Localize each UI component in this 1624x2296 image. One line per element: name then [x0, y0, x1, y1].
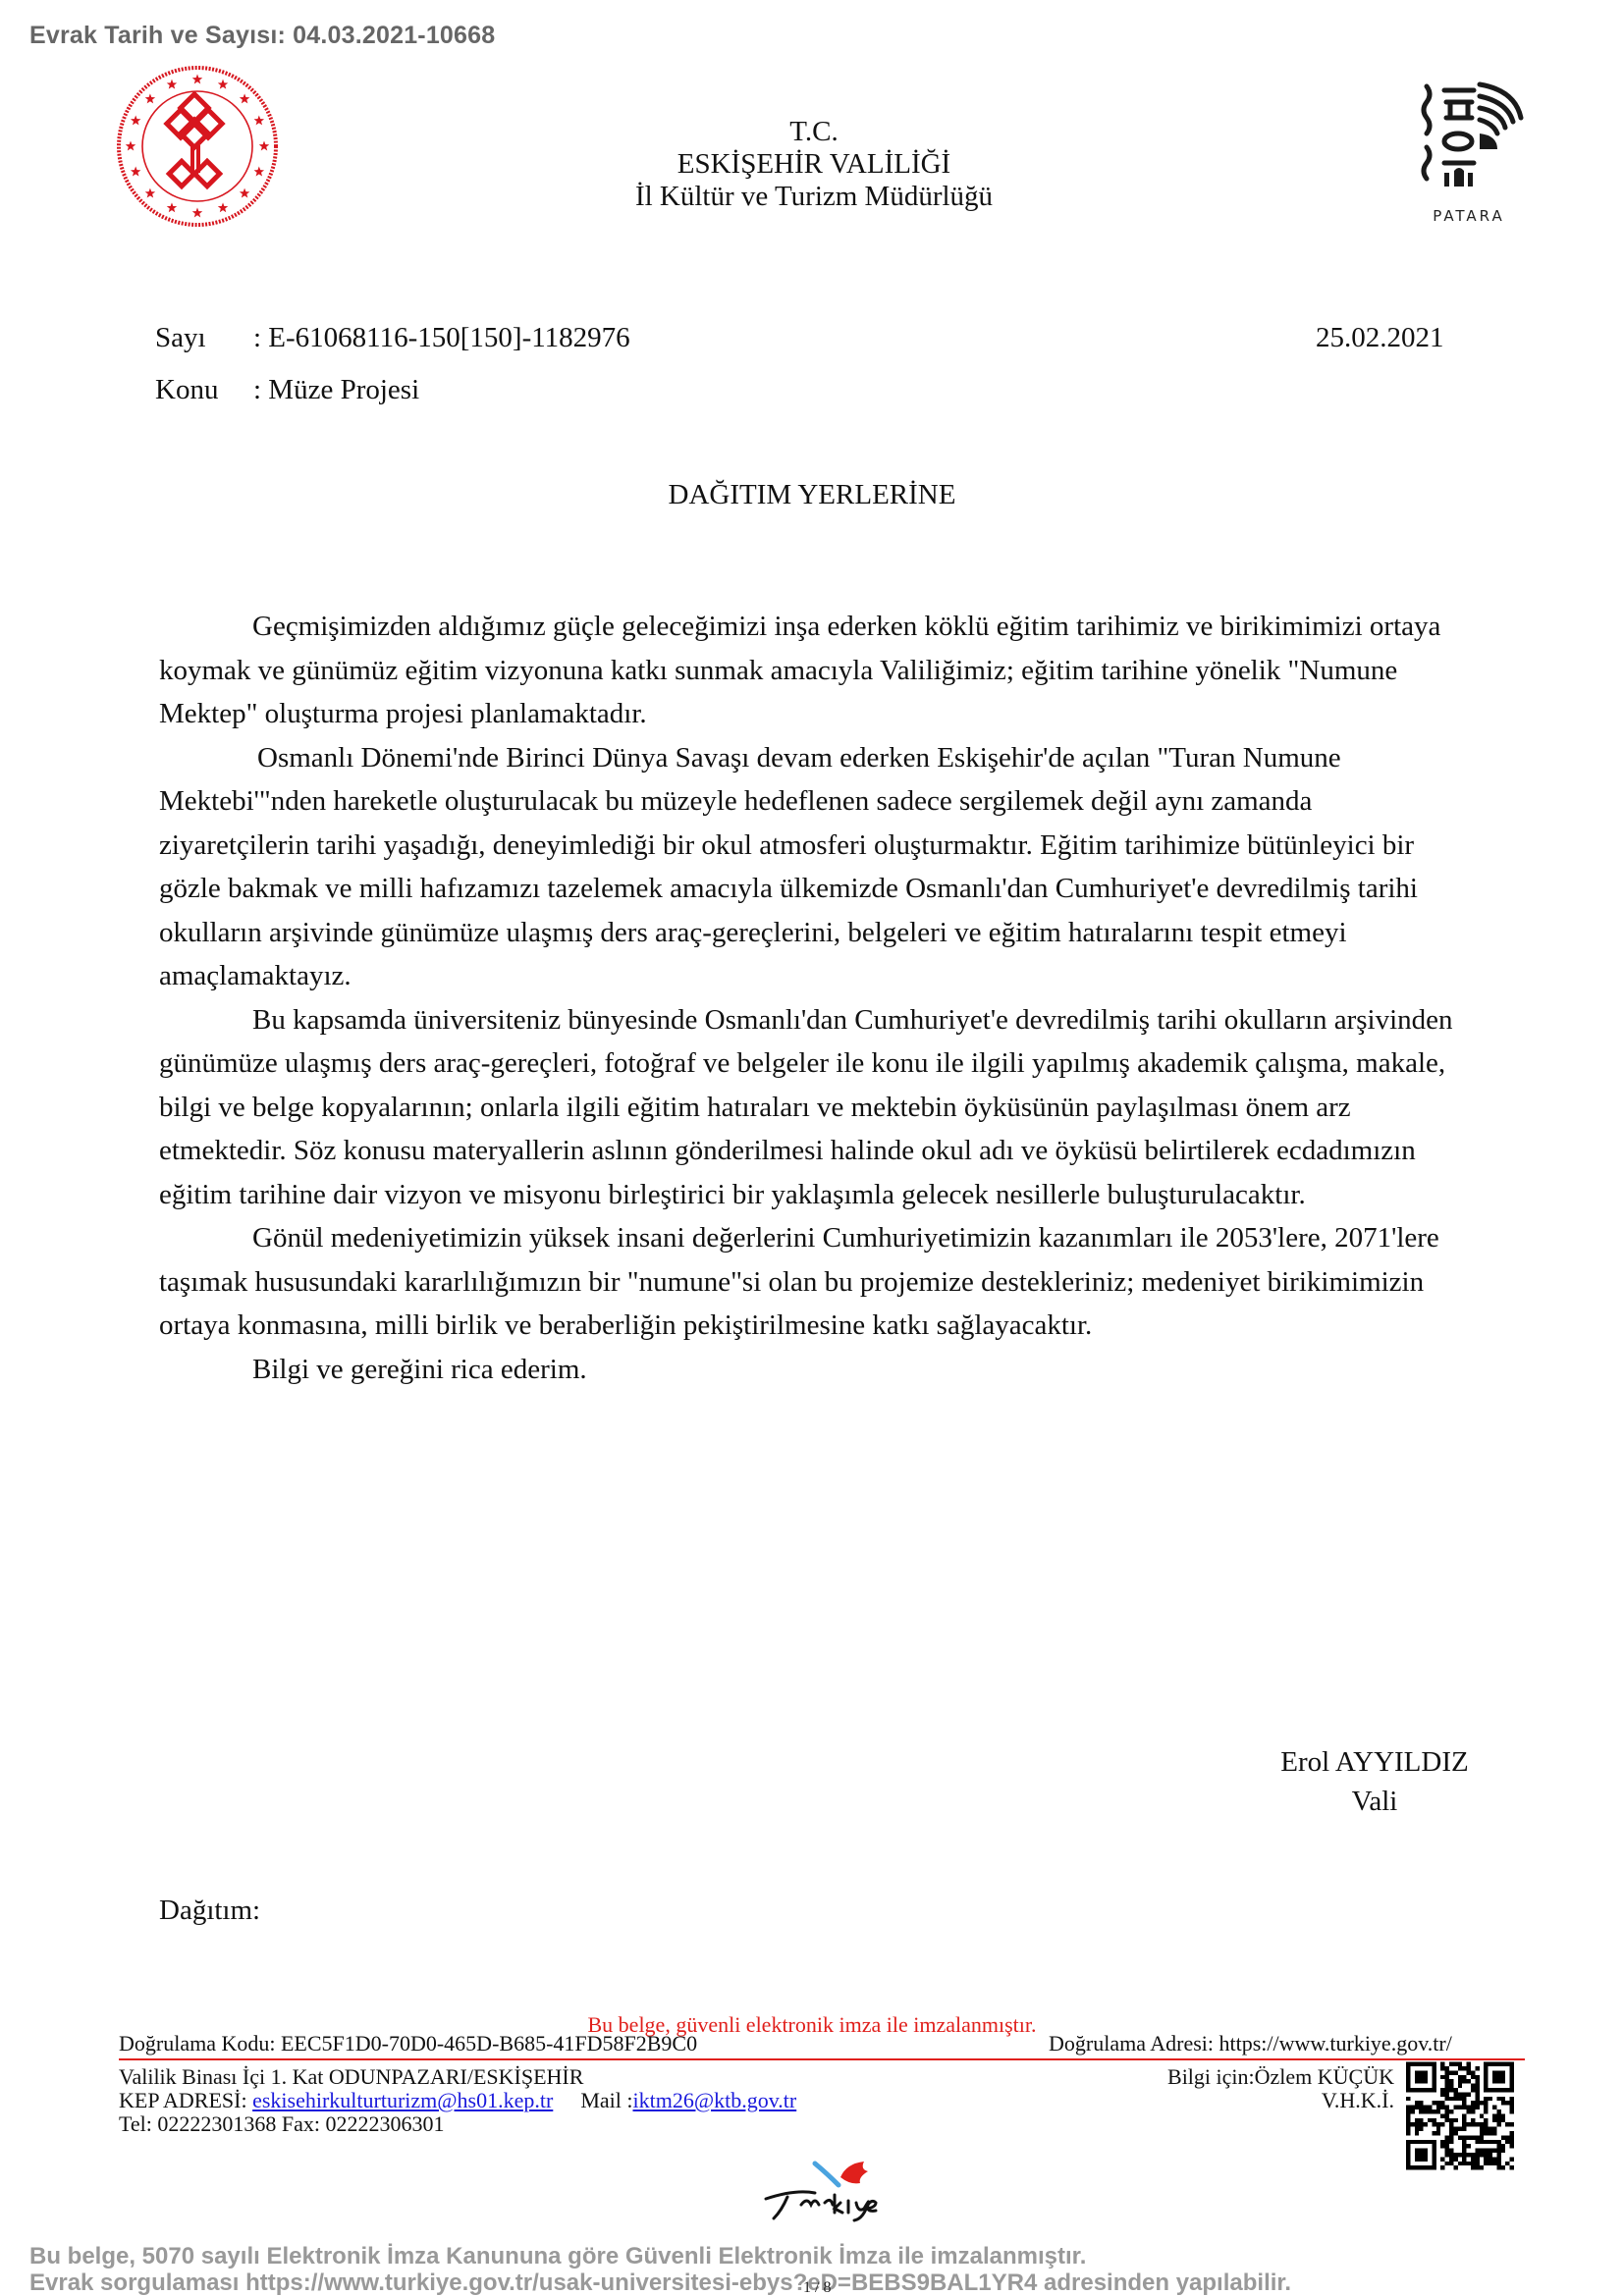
subject-label: Konu: [155, 374, 253, 406]
header-country: T.C.: [2, 116, 1624, 148]
document-date: 25.02.2021: [1316, 322, 1444, 354]
kep-address-link[interactable]: eskisehirkulturturizm@hs01.kep.tr: [252, 2088, 553, 2112]
number-value: : E-61068116-150[150]-1182976: [253, 322, 630, 353]
number-label: Sayı: [155, 322, 253, 354]
document-date-number-stamp: Evrak Tarih ve Sayısı: 04.03.2021-10668: [29, 22, 495, 50]
mail-label: Mail :: [580, 2088, 632, 2112]
header-governorship: ESKİŞEHİR VALİLİĞİ: [2, 148, 1624, 181]
distribution-label: Dağıtım:: [159, 1895, 260, 1927]
phone-fax: Tel: 02222301368 Fax: 02222306301: [119, 2112, 796, 2136]
header-directorate: İl Kültür ve Turizm Müdürlüğü: [2, 181, 1624, 213]
page-number: 1 / 8: [803, 2279, 831, 2296]
kep-label: KEP ADRESİ:: [119, 2088, 252, 2112]
footer-divider: [119, 2058, 1525, 2060]
subject-row: Konu: Müze Projesi: [155, 374, 419, 406]
contact-person: Bilgi için:Özlem KÜÇÜK: [1129, 2065, 1394, 2089]
signature-block: Erol AYYILDIZ Vali: [1247, 1742, 1502, 1821]
verification-address: Doğrulama Adresi: https://www.turkiye.go…: [1049, 2032, 1452, 2056]
addressee: DAĞITIM YERLERİNE: [0, 479, 1624, 511]
body-paragraph: Bu kapsamda üniversiteniz bünyesinde Osm…: [159, 998, 1465, 1217]
contact-person-title: V.H.K.İ.: [1129, 2089, 1394, 2112]
body-paragraph: Osmanlı Dönemi'nde Birinci Dünya Savaşı …: [159, 736, 1465, 998]
body-paragraph: Gönül medeniyetimizin yüksek insani değe…: [159, 1216, 1465, 1348]
subject-value: : Müze Projesi: [253, 374, 419, 405]
body-paragraph: Geçmişimizden aldığımız güçle geleceğimi…: [159, 605, 1465, 736]
contact-links: KEP ADRESİ: eskisehirkulturturizm@hs01.k…: [119, 2089, 796, 2112]
turkiye-brand-logo-icon: [746, 2160, 893, 2228]
letter-body: Geçmişimizden aldığımız güçle geleceğimi…: [159, 605, 1465, 1391]
verification-code: Doğrulama Kodu: EEC5F1D0-70D0-465D-B685-…: [119, 2032, 697, 2056]
contact-person-block: Bilgi için:Özlem KÜÇÜK V.H.K.İ.: [1129, 2065, 1394, 2112]
qr-code-icon: [1406, 2061, 1514, 2179]
footer-address-block: Valilik Binası İçi 1. Kat ODUNPAZARI/ESK…: [119, 2065, 796, 2136]
letterhead: T.C. ESKİŞEHİR VALİLİĞİ İl Kültür ve Tur…: [0, 116, 1624, 213]
document-query-notice: Evrak sorgulaması https://www.turkiye.go…: [29, 2269, 1291, 2296]
body-paragraph: Bilgi ve gereğini rica ederim.: [159, 1348, 1465, 1392]
signer-name: Erol AYYILDIZ: [1247, 1742, 1502, 1782]
mail-address-link[interactable]: iktm26@ktb.gov.tr: [632, 2088, 796, 2112]
document-number-row: Sayı: E-61068116-150[150]-1182976: [155, 322, 630, 354]
esign-law-stamp: Bu belge, 5070 sayılı Elektronik İmza Ka…: [29, 2243, 1291, 2296]
signer-title: Vali: [1247, 1782, 1502, 1821]
office-address: Valilik Binası İçi 1. Kat ODUNPAZARI/ESK…: [119, 2065, 796, 2089]
esign-law-notice: Bu belge, 5070 sayılı Elektronik İmza Ka…: [29, 2243, 1291, 2269]
